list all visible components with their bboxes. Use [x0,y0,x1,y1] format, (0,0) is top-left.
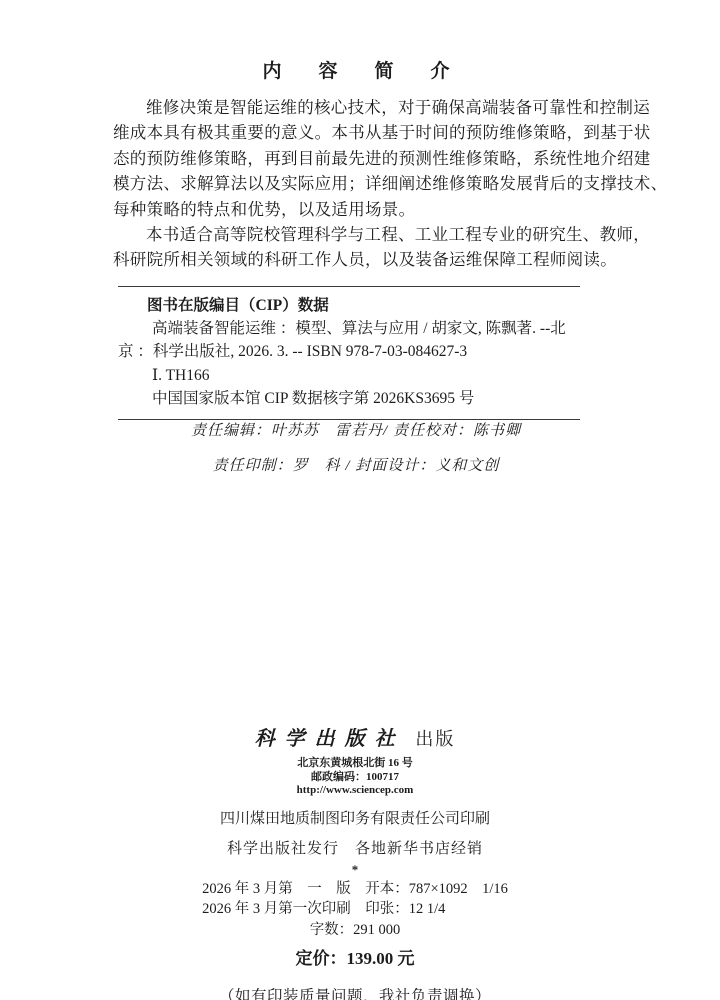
cip-title-author-line: 高端装备智能运维 ：模型、算法与应用 / 胡家文, 陈飘著. --北 [118,317,580,340]
printing-company-line: 四川煤田地质制图印务有限责任公司印刷 [0,807,710,828]
summary-paragraph1-line: 每种策略的特点和优势，以及适用场景。 [113,197,608,222]
science-press-logo: 科学出版社 [255,728,405,750]
content-summary-section: 内 容 简 介 维修决策是智能运维的核心技术，对于确保高端装备可靠性和控制运 维… [113,56,608,273]
copyright-page: 内 容 简 介 维修决策是智能运维的核心技术，对于确保高端装备可靠性和控制运 维… [0,0,720,1000]
summary-paragraph1-line: 模方法、求解算法以及实际应用；详细阐述维修策略发展背后的支撑技术、 [113,171,608,196]
printing-sheets-line: 2026 年 3 月第一次印刷 印张：12 1/4 [202,899,508,920]
publisher-address: 北京东黄城根北街 16 号 [0,757,710,771]
distribution-line: 科学出版社发行 各地新华书店经销 [0,837,710,858]
cip-publisher-isbn-line: 京 ：科学出版社, 2026. 3. -- ISBN 978-7-03-0846… [118,340,580,363]
staff-credits: 责任编辑：叶苏苏 雷若丹/ 责任校对：陈书卿 责任印制：罗 科 / 封面设计：义… [0,419,712,489]
printer-designer-line: 责任印制：罗 科 / 封面设计：义和文创 [0,454,712,475]
cip-record-number-line: 中国国家版本馆 CIP 数据核字第 2026KS3695 号 [118,387,580,410]
edition-format-line: 2026 年 3 月第 一 版 开本：787×1092 1/16 [202,879,508,900]
word-count-line: 字数：291 000 [0,920,710,940]
publisher-colophon: 科学出版社 出版 北京东黄城根北街 16 号 邮政编码：100717 http:… [0,722,710,1000]
cip-header: 图书在版编目（CIP）数据 [118,294,580,317]
price-line: 定价：139.00 元 [0,944,710,969]
summary-paragraph1-line: 态的预防维修策略，再到目前最先进的预测性维修策略，系统性地介绍建 [113,146,608,171]
publish-label: 出版 [415,729,455,749]
editor-proofreader-line: 责任编辑：叶苏苏 雷若丹/ 责任校对：陈书卿 [0,419,712,440]
cip-data-block: 图书在版编目（CIP）数据 高端装备智能运维 ：模型、算法与应用 / 胡家文, … [118,286,580,420]
summary-paragraph1-line: 维修决策是智能运维的核心技术，对于确保高端装备可靠性和控制运 [113,95,608,120]
publisher-website: http://www.sciencep.com [0,784,710,798]
publisher-postcode: 邮政编码：100717 [0,771,710,785]
edition-info-block: 2026 年 3 月第 一 版 开本：787×1092 1/16 2026 年 … [202,879,508,920]
summary-paragraph1-line: 维成本具有极其重要的意义。本书从基于时间的预防维修策略，到基于状 [113,120,608,145]
summary-paragraph2-line: 科研院所相关领域的科研工作人员，以及装备运维保障工程师阅读。 [113,247,608,272]
summary-paragraph2-line: 本书适合高等院校管理科学与工程、工业工程专业的研究生、教师， [113,222,608,247]
publisher-logo-line: 科学出版社 出版 [0,722,710,751]
cip-classification-line: Ⅰ. TH166 [118,364,580,387]
quality-exchange-note: （如有印装质量问题，我社负责调换） [0,984,710,1000]
separator-asterisk: * [0,863,710,876]
content-summary-title: 内 容 简 介 [113,56,608,83]
